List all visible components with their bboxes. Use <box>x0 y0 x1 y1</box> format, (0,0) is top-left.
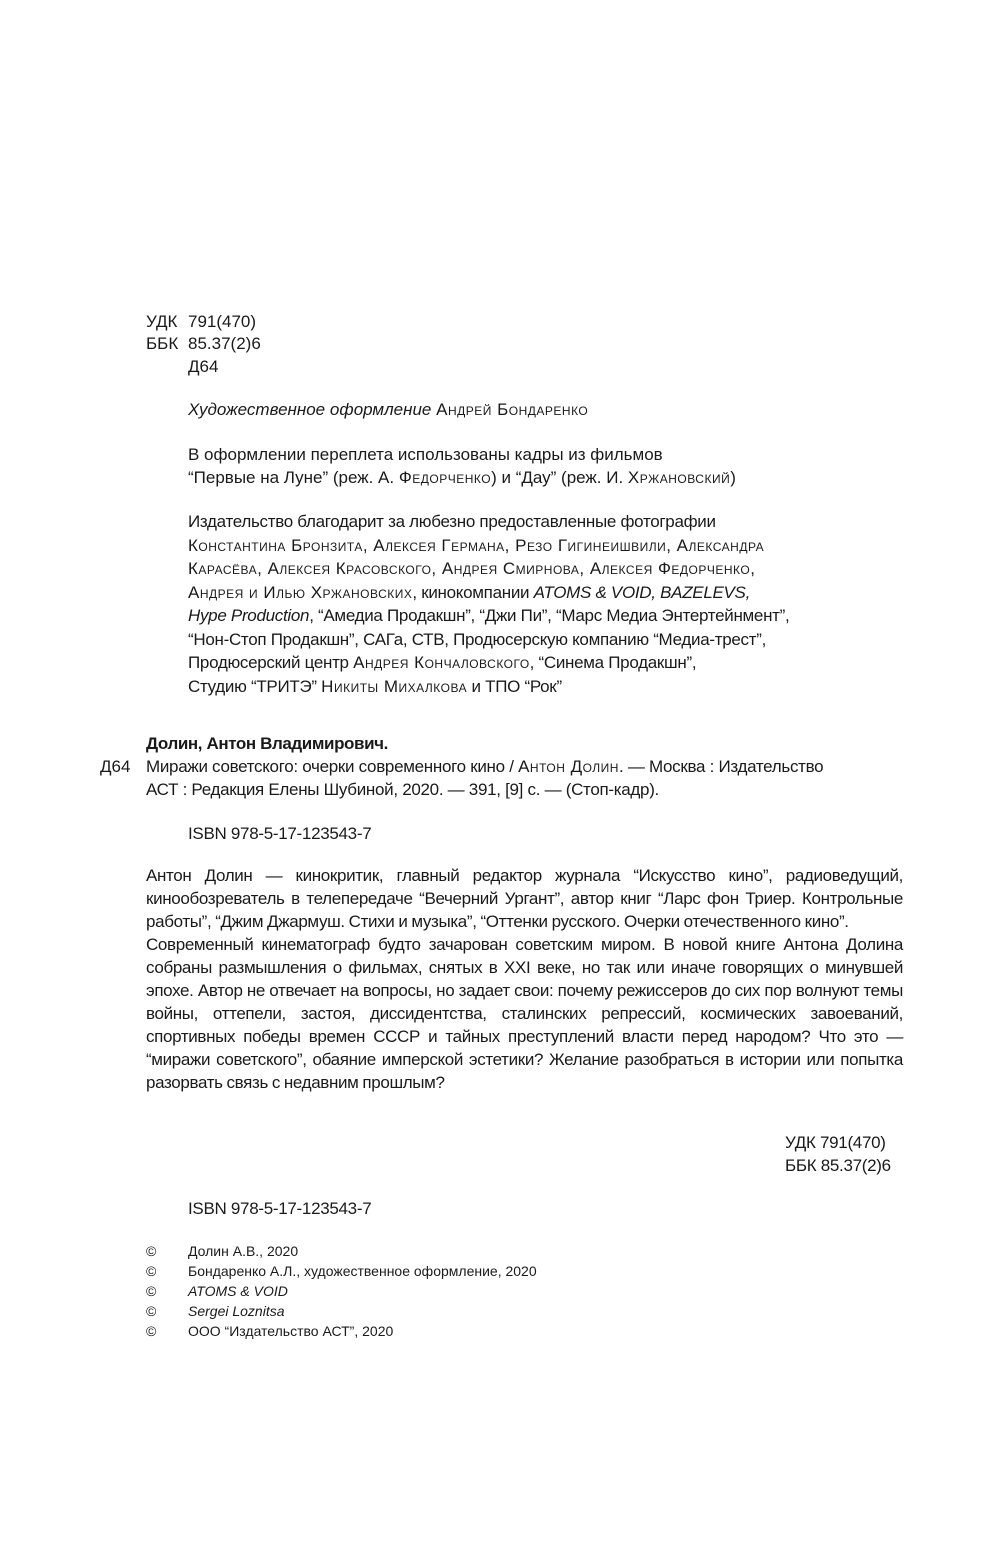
copyright-row: ©ATOMS & VOID <box>146 1281 288 1301</box>
annotation: Антон Долин — кинокритик, главный редакт… <box>146 864 903 1094</box>
text: Миражи советского: очерки современного к… <box>146 757 518 776</box>
copyright-holder: Бондаренко А.Л., художественное оформлен… <box>188 1263 537 1279</box>
text: ) <box>730 468 736 487</box>
text: Студию “ТРИТЭ” <box>188 677 321 696</box>
copyright-icon: © <box>146 1241 188 1261</box>
copyright-row: ©Sergei Loznitsa <box>146 1301 285 1321</box>
ack-line: Продюсерский центр Андрея Кончаловского,… <box>188 651 789 675</box>
bbk-value: 85.37(2)6 <box>188 332 261 355</box>
ack-line: Константина Бронзита, Алексея Германа, Р… <box>188 534 789 558</box>
text: Андрея и Илью Хржановских <box>188 583 412 602</box>
bbk-label: ББК <box>146 332 178 355</box>
author-heading: Долин, Антон Владимирович. <box>146 732 388 755</box>
copyright-row: ©Бондаренко А.Л., художественное оформле… <box>146 1261 537 1281</box>
copyright-icon: © <box>146 1261 188 1281</box>
company-names: ATOMS & VOID, BAZELEVS, <box>534 583 750 602</box>
ack-line: “Нон-Стоп Продакшн”, САГа, СТВ, Продюсер… <box>188 628 789 652</box>
author-name: Антон Долин <box>518 757 619 776</box>
ack-line: Карасёва, Алексея Красовского, Андрея См… <box>188 557 789 581</box>
text: “Первые на Луне” (реж. А. <box>188 468 399 487</box>
text: ) и “Дау” (реж. И. <box>491 468 628 487</box>
footer-isbn: ISBN 978-5-17-123543-7 <box>188 1197 371 1220</box>
footer-udk: УДК 791(470) <box>785 1131 886 1154</box>
text: , “Амедиа Продакшн”, “Джи Пи”, “Марс Мед… <box>309 606 789 625</box>
copyright-icon: © <box>146 1301 188 1321</box>
ack-line: Андрея и Илью Хржановских, кинокомпании … <box>188 581 789 605</box>
bib-line: АСТ : Редакция Елены Шубиной, 2020. — 39… <box>146 778 659 801</box>
ack-line: Издательство благодарит за любезно предо… <box>188 510 789 534</box>
copyright-holder: Долин А.В., 2020 <box>188 1243 298 1259</box>
annotation-paragraph: Антон Долин — кинокритик, главный редакт… <box>146 864 903 933</box>
cover-note-line: В оформлении переплета использованы кадр… <box>188 443 736 466</box>
copyright-holder: ATOMS & VOID <box>188 1283 288 1299</box>
bib-isbn: ISBN 978-5-17-123543-7 <box>188 822 371 845</box>
udk-label: УДК <box>146 310 177 333</box>
text: и ТПО “Рок” <box>467 677 562 696</box>
annotation-paragraph: Современный кинематограф будто зачарован… <box>146 933 903 1094</box>
director-name: Федорченко <box>399 468 491 487</box>
author-mark: Д64 <box>188 355 218 378</box>
bib-line: Миражи советского: очерки современного к… <box>146 755 823 778</box>
cover-note-line: “Первые на Луне” (реж. А. Федорченко) и … <box>188 466 736 489</box>
text: , кинокомпании <box>412 583 533 602</box>
design-credit: Художественное оформление Андрей Бондаре… <box>188 398 588 421</box>
copyright-holder: ООО “Издательство АСТ”, 2020 <box>188 1323 393 1339</box>
designer-name: Андрей Бондаренко <box>436 400 588 419</box>
classification-block: УДК 791(470) ББК 85.37(2)6 Д64 <box>0 310 400 380</box>
copyright-row: ©ООО “Издательство АСТ”, 2020 <box>146 1321 393 1341</box>
footer-bbk: ББК 85.37(2)6 <box>785 1154 891 1177</box>
text: Продюсерский центр <box>188 653 353 672</box>
director-name: Хржановский <box>628 468 730 487</box>
udk-value: 791(470) <box>188 310 256 333</box>
text: , “Синема Продакшн”, <box>530 653 697 672</box>
acknowledgement: Издательство благодарит за любезно предо… <box>188 510 789 698</box>
company-name: Hype Production <box>188 606 309 625</box>
copyright-row: ©Долин А.В., 2020 <box>146 1241 298 1261</box>
ack-line: Hype Production, “Амедиа Продакшн”, “Джи… <box>188 604 789 628</box>
text: . — Москва : Издательство <box>619 757 823 776</box>
text: Андрея Кончаловского <box>353 653 530 672</box>
ack-line: Студию “ТРИТЭ” Никиты Михалкова и ТПО “Р… <box>188 675 789 699</box>
copyright-holder: Sergei Loznitsa <box>188 1303 285 1319</box>
copyright-icon: © <box>146 1281 188 1301</box>
bib-mark: Д64 <box>100 755 130 778</box>
design-credit-label: Художественное оформление <box>188 400 431 419</box>
text: Никиты Михалкова <box>321 677 467 696</box>
copyright-icon: © <box>146 1321 188 1341</box>
cover-note: В оформлении переплета использованы кадр… <box>188 443 736 489</box>
